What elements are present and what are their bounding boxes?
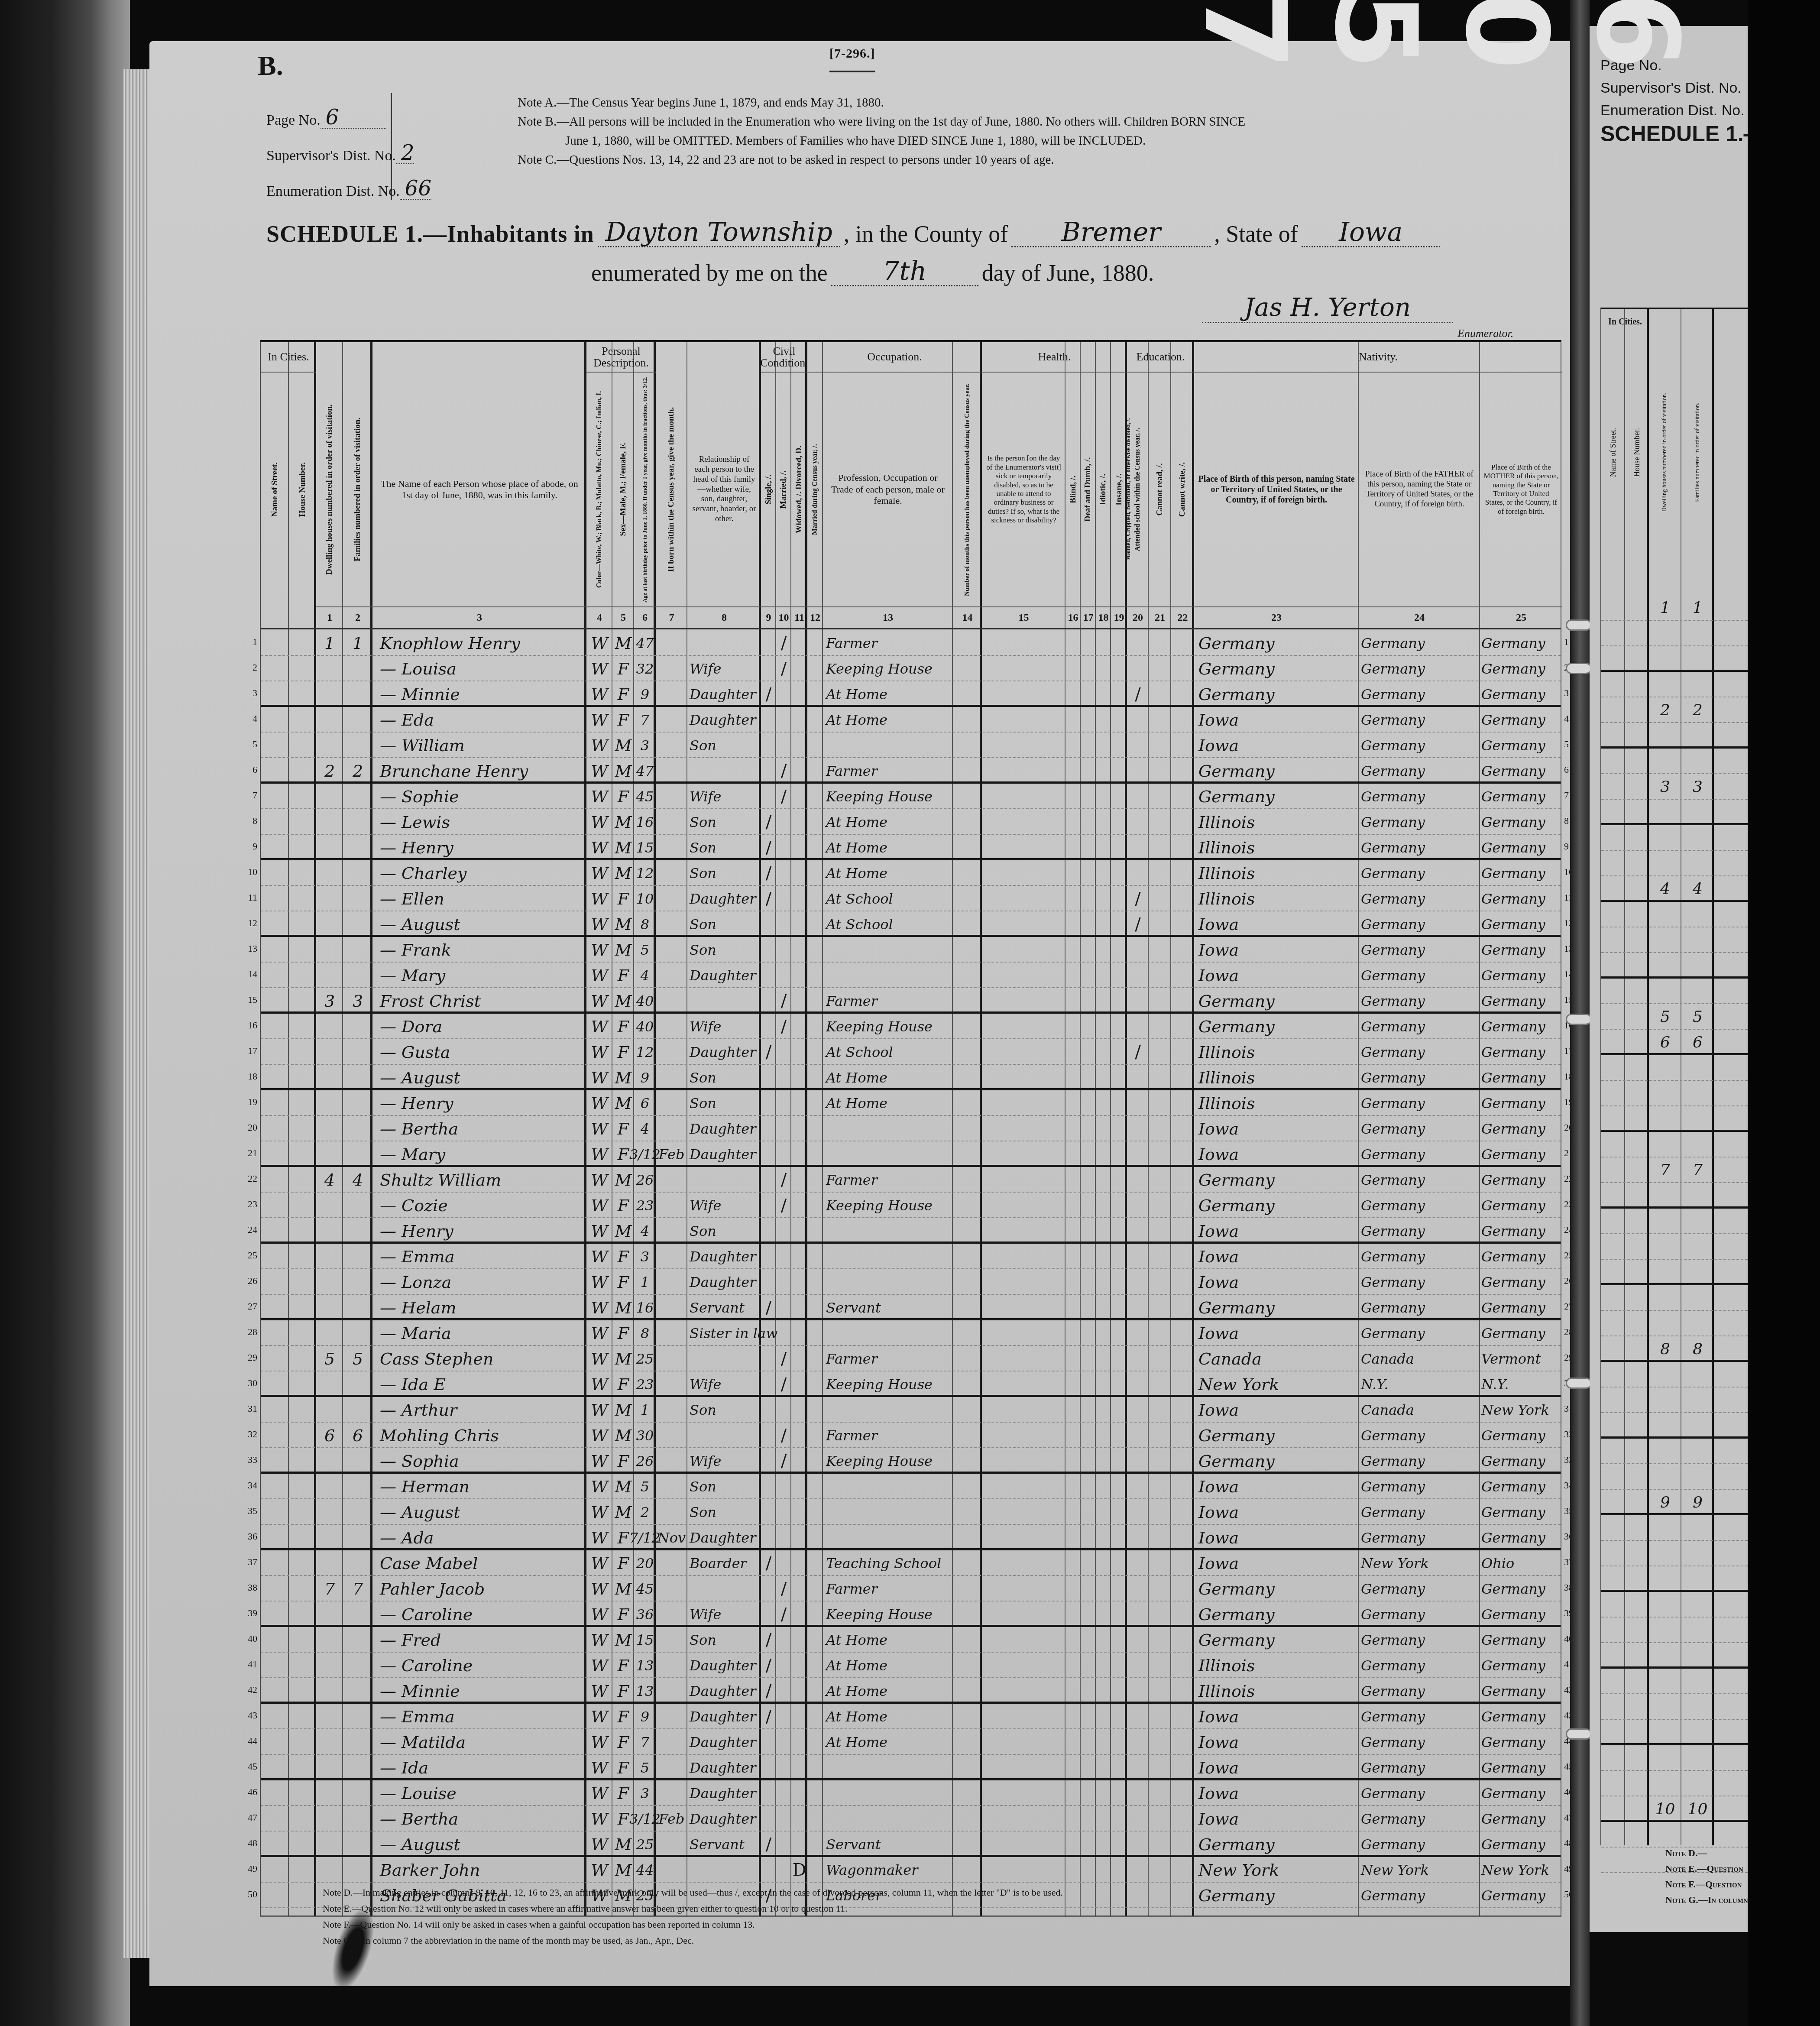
adjacent-row bbox=[1601, 1464, 1748, 1490]
married-mark: / bbox=[776, 656, 791, 681]
sex-value: M bbox=[612, 1474, 634, 1499]
dwelling-number bbox=[316, 1269, 343, 1295]
mother-birthplace-value: New York bbox=[1481, 1397, 1562, 1423]
census-page: B. [7-296.] Page No. 6 Supervisor's Dist… bbox=[149, 41, 1570, 1986]
mother-birthplace-value: Germany bbox=[1481, 758, 1562, 784]
birthplace-value: Iowa bbox=[1198, 1218, 1359, 1244]
father-birthplace-value: Germany bbox=[1361, 1499, 1480, 1525]
birthplace-value: Iowa bbox=[1198, 1755, 1359, 1780]
mother-birthplace-value: Germany bbox=[1481, 1090, 1562, 1116]
relationship-value: Son bbox=[690, 1090, 761, 1116]
adjacent-row bbox=[1601, 1771, 1748, 1796]
group-nativity: Nativity. bbox=[1194, 342, 1562, 373]
age-value: 3/12 bbox=[634, 1806, 656, 1832]
widowed-divorced-mark bbox=[791, 1244, 807, 1269]
father-birthplace-value: Germany bbox=[1361, 1193, 1480, 1218]
birth-month-value bbox=[656, 1167, 687, 1193]
family-number bbox=[343, 1090, 372, 1116]
birthplace-value: Germany bbox=[1198, 1448, 1359, 1474]
form-number: [7-296.] bbox=[829, 46, 875, 61]
person-name: — Lonza bbox=[380, 1269, 586, 1295]
table-row: 4141— CarolineWF13Daughter/At HomeIllino… bbox=[261, 1653, 1561, 1678]
birthplace-value: Germany bbox=[1198, 1014, 1359, 1039]
mother-birthplace-value: Germany bbox=[1481, 1780, 1562, 1806]
color-value: W bbox=[586, 1193, 612, 1218]
line-number: 45 bbox=[243, 1761, 257, 1772]
birthplace-value: Iowa bbox=[1198, 1269, 1359, 1295]
married-mark: / bbox=[776, 1014, 791, 1039]
married-mark bbox=[776, 681, 791, 707]
relationship-value: Boarder bbox=[690, 1550, 761, 1576]
sex-value: F bbox=[612, 1448, 634, 1474]
occupation-value bbox=[826, 1244, 953, 1269]
mother-birthplace-value: Germany bbox=[1481, 1218, 1562, 1244]
married-mark bbox=[776, 1780, 791, 1806]
age-value: 30 bbox=[634, 1423, 656, 1448]
relationship-value: Son bbox=[690, 1397, 761, 1423]
state-label: , State of bbox=[1214, 220, 1298, 247]
father-birthplace-value: Germany bbox=[1361, 1141, 1480, 1167]
table-row: 2424— HenryWM4SonIowaGermanyGermany bbox=[261, 1218, 1561, 1244]
father-birthplace-value: Germany bbox=[1361, 809, 1480, 835]
adjacent-row bbox=[1601, 749, 1748, 774]
color-value: W bbox=[586, 911, 612, 937]
column-number: 18 bbox=[1096, 606, 1111, 628]
color-value: W bbox=[586, 1601, 612, 1627]
binder-ring-icon bbox=[1566, 663, 1592, 674]
header-unemployed: Number of months this person has been un… bbox=[953, 381, 982, 598]
mother-birthplace-value: Germany bbox=[1481, 1193, 1562, 1218]
birth-month-value bbox=[656, 1295, 687, 1320]
occupation-value: Teaching School bbox=[826, 1550, 953, 1576]
table-row: 4444— MatildaWF7DaughterAt HomeIowaGerma… bbox=[261, 1729, 1561, 1755]
single-mark bbox=[761, 963, 776, 988]
occupation-value bbox=[826, 1780, 953, 1806]
person-name: Shultz William bbox=[380, 1167, 586, 1193]
widowed-divorced-mark bbox=[791, 911, 807, 937]
adjacent-dwelling-number: 6 bbox=[1649, 1030, 1681, 1055]
person-name: — Bertha bbox=[380, 1806, 586, 1832]
adjacent-row bbox=[1601, 672, 1748, 697]
line-number: 9 bbox=[243, 841, 257, 852]
column-number: 2 bbox=[343, 606, 372, 628]
header-name: The Name of each Person whose place of a… bbox=[372, 377, 586, 602]
family-number bbox=[343, 1474, 372, 1499]
birthplace-value: Iowa bbox=[1198, 707, 1359, 733]
relationship-value: Daughter bbox=[690, 1755, 761, 1780]
mother-birthplace-value: Germany bbox=[1481, 988, 1562, 1014]
attended-school-mark bbox=[1127, 1806, 1149, 1832]
sex-value: M bbox=[612, 1065, 634, 1090]
birth-month-value bbox=[656, 1346, 687, 1371]
widowed-divorced-mark bbox=[791, 1397, 807, 1423]
widowed-divorced-mark bbox=[791, 1755, 807, 1780]
line-number: 17 bbox=[243, 1045, 257, 1057]
sex-value: M bbox=[612, 733, 634, 758]
relationship-value: Son bbox=[690, 1474, 761, 1499]
father-birthplace-value: Germany bbox=[1361, 1601, 1480, 1627]
line-number: 27 bbox=[243, 1301, 257, 1312]
married-mark bbox=[776, 1704, 791, 1729]
adjacent-row bbox=[1601, 1362, 1748, 1387]
adjacent-family-number: 10 bbox=[1681, 1796, 1714, 1822]
color-value: W bbox=[586, 758, 612, 784]
married-mark bbox=[776, 1499, 791, 1525]
person-name: — August bbox=[380, 1065, 586, 1090]
birth-month-value bbox=[656, 1780, 687, 1806]
relationship-value: Wife bbox=[690, 784, 761, 809]
family-number bbox=[343, 1678, 372, 1704]
dwelling-number bbox=[316, 707, 343, 733]
birthplace-value: Iowa bbox=[1198, 733, 1359, 758]
adjacent-row bbox=[1601, 1260, 1748, 1285]
dwelling-number: 6 bbox=[316, 1423, 343, 1448]
father-birthplace-value: Germany bbox=[1361, 1244, 1480, 1269]
age-value: 15 bbox=[634, 1627, 656, 1653]
line-number: 24 bbox=[243, 1224, 257, 1235]
page-number-row: Page No. 6 bbox=[266, 93, 386, 129]
single-mark bbox=[761, 1576, 776, 1601]
relationship-value: Son bbox=[690, 1218, 761, 1244]
color-value: W bbox=[586, 1525, 612, 1550]
group-education: Education. bbox=[1127, 342, 1194, 373]
relationship-value: Son bbox=[690, 911, 761, 937]
line-number: 31 bbox=[243, 1403, 257, 1414]
person-name: Mohling Chris bbox=[380, 1423, 586, 1448]
birth-month-value bbox=[656, 1755, 687, 1780]
single-mark bbox=[761, 1525, 776, 1550]
enumerator-label: Enumerator. bbox=[1457, 327, 1513, 340]
family-number bbox=[343, 1627, 372, 1653]
attended-school-mark bbox=[1127, 1780, 1149, 1806]
relationship-value: Daughter bbox=[690, 886, 761, 911]
occupation-value: At Home bbox=[826, 1729, 953, 1755]
age-value: 5 bbox=[634, 1474, 656, 1499]
attended-school-mark bbox=[1127, 1397, 1149, 1423]
person-name: — Cozie bbox=[380, 1193, 586, 1218]
table-row: 3535— AugustWM2SonIowaGermanyGermany bbox=[261, 1499, 1561, 1525]
attended-school-mark bbox=[1127, 1193, 1149, 1218]
sex-value: M bbox=[612, 809, 634, 835]
occupation-value: At Home bbox=[826, 1678, 953, 1704]
family-number bbox=[343, 1295, 372, 1320]
father-birthplace-value: Germany bbox=[1361, 1678, 1480, 1704]
birthplace-value: Iowa bbox=[1198, 1499, 1359, 1525]
father-birthplace-value: Germany bbox=[1361, 1729, 1480, 1755]
birth-month-value bbox=[656, 1269, 687, 1295]
sex-value: F bbox=[612, 1320, 634, 1346]
father-birthplace-value: N.Y. bbox=[1361, 1371, 1480, 1397]
color-value: W bbox=[586, 1065, 612, 1090]
dwelling-number bbox=[316, 1116, 343, 1141]
attended-school-mark bbox=[1127, 809, 1149, 835]
adjacent-family-number: 4 bbox=[1681, 876, 1714, 902]
widowed-divorced-mark bbox=[791, 1371, 807, 1397]
color-value: W bbox=[586, 963, 612, 988]
person-name: — Ida bbox=[380, 1755, 586, 1780]
married-mark bbox=[776, 1397, 791, 1423]
enumerated-label: enumerated by me on the bbox=[591, 259, 828, 286]
occupation-value: At Home bbox=[826, 1627, 953, 1653]
occupation-value bbox=[826, 937, 953, 963]
married-mark: / bbox=[776, 758, 791, 784]
supervisor-district-label: Supervisor's Dist. No. bbox=[266, 148, 396, 164]
adjacent-row: 33 bbox=[1601, 774, 1748, 800]
adjacent-row bbox=[1601, 1515, 1748, 1541]
color-value: W bbox=[586, 1014, 612, 1039]
relationship-value: Son bbox=[690, 1065, 761, 1090]
age-value: 10 bbox=[634, 886, 656, 911]
father-birthplace-value: Germany bbox=[1361, 1065, 1480, 1090]
single-mark bbox=[761, 1141, 776, 1167]
age-value: 7 bbox=[634, 1729, 656, 1755]
adjacent-row bbox=[1601, 800, 1748, 825]
occupation-value: At School bbox=[826, 1039, 953, 1065]
mother-birthplace-value: Germany bbox=[1481, 1525, 1562, 1550]
attended-school-mark bbox=[1127, 1346, 1149, 1371]
attended-school-mark bbox=[1127, 1295, 1149, 1320]
mother-birthplace-value: Germany bbox=[1481, 860, 1562, 886]
color-value: W bbox=[586, 860, 612, 886]
birthplace-value: Germany bbox=[1198, 988, 1359, 1014]
birth-month-value bbox=[656, 1397, 687, 1423]
table-row: 4545— IdaWF5DaughterIowaGermanyGermany bbox=[261, 1755, 1561, 1780]
color-value: W bbox=[586, 1729, 612, 1755]
family-number bbox=[343, 1729, 372, 1755]
color-value: W bbox=[586, 1218, 612, 1244]
sex-value: M bbox=[612, 1857, 634, 1883]
attended-school-mark bbox=[1127, 1550, 1149, 1576]
birth-month-value bbox=[656, 630, 687, 656]
person-name: — Lewis bbox=[380, 809, 586, 835]
birth-month-value bbox=[656, 784, 687, 809]
dwelling-number bbox=[316, 1218, 343, 1244]
father-birthplace-value: Germany bbox=[1361, 860, 1480, 886]
adjacent-row bbox=[1601, 1387, 1748, 1413]
sex-value: F bbox=[612, 1193, 634, 1218]
table-row: 383877Pahler JacobWM45/FarmerGermanyGerm… bbox=[261, 1576, 1561, 1601]
age-value: 3 bbox=[634, 1244, 656, 1269]
widowed-divorced-mark bbox=[791, 1218, 807, 1244]
married-mark: / bbox=[776, 1193, 791, 1218]
single-mark bbox=[761, 1423, 776, 1448]
person-name: Pahler Jacob bbox=[380, 1576, 586, 1601]
mother-birthplace-value: Germany bbox=[1481, 1499, 1562, 1525]
mother-birthplace-value: Germany bbox=[1481, 733, 1562, 758]
father-birthplace-value: Germany bbox=[1361, 1218, 1480, 1244]
widowed-divorced-mark bbox=[791, 1653, 807, 1678]
mother-birthplace-value: Germany bbox=[1481, 1116, 1562, 1141]
attended-school-mark bbox=[1127, 937, 1149, 963]
single-mark: / bbox=[761, 886, 776, 911]
birth-month-value bbox=[656, 886, 687, 911]
sex-value: F bbox=[612, 1039, 634, 1065]
person-name: — Ida E bbox=[380, 1371, 586, 1397]
dwelling-number bbox=[316, 1627, 343, 1653]
column-number: 24 bbox=[1359, 606, 1480, 628]
dwelling-number bbox=[316, 1525, 343, 1550]
sex-value: F bbox=[612, 681, 634, 707]
dwelling-number bbox=[316, 1244, 343, 1269]
person-name: — August bbox=[380, 1832, 586, 1857]
single-mark bbox=[761, 758, 776, 784]
attended-school-mark bbox=[1127, 784, 1149, 809]
birthplace-value: Germany bbox=[1198, 1167, 1359, 1193]
dwelling-number bbox=[316, 656, 343, 681]
single-mark bbox=[761, 1397, 776, 1423]
color-value: W bbox=[586, 656, 612, 681]
color-value: W bbox=[586, 707, 612, 733]
birthplace-value: Iowa bbox=[1198, 1244, 1359, 1269]
birthplace-value: Iowa bbox=[1198, 1320, 1359, 1346]
father-birthplace-value: Germany bbox=[1361, 886, 1480, 911]
mother-birthplace-value: Ohio bbox=[1481, 1550, 1562, 1576]
color-value: W bbox=[586, 733, 612, 758]
color-value: W bbox=[586, 1653, 612, 1678]
age-value: 23 bbox=[634, 1193, 656, 1218]
birth-month-value bbox=[656, 1423, 687, 1448]
dwelling-number: 3 bbox=[316, 988, 343, 1014]
person-name: — William bbox=[380, 733, 586, 758]
family-number: 6 bbox=[343, 1423, 372, 1448]
line-number: 13 bbox=[243, 943, 257, 954]
age-value: 4 bbox=[634, 963, 656, 988]
line-number: 32 bbox=[243, 1429, 257, 1440]
age-value: 47 bbox=[634, 630, 656, 656]
dwelling-number bbox=[316, 937, 343, 963]
color-value: W bbox=[586, 1780, 612, 1806]
column-number: 7 bbox=[656, 606, 687, 628]
relationship-value: Son bbox=[690, 733, 761, 758]
census-table: In Cities. Personal Description. Civil C… bbox=[260, 340, 1561, 1917]
dwelling-number bbox=[316, 1653, 343, 1678]
person-name: — Emma bbox=[380, 1704, 586, 1729]
family-number bbox=[343, 1550, 372, 1576]
single-mark bbox=[761, 937, 776, 963]
person-name: — Frank bbox=[380, 937, 586, 963]
table-row: 3636— AdaWF7/12NovDaughterIowaGermanyGer… bbox=[261, 1525, 1561, 1550]
attended-school-mark bbox=[1127, 963, 1149, 988]
column-number: 25 bbox=[1480, 606, 1562, 628]
widowed-divorced-mark bbox=[791, 809, 807, 835]
married-mark bbox=[776, 1678, 791, 1704]
single-mark bbox=[761, 1346, 776, 1371]
birth-month-value bbox=[656, 835, 687, 860]
relationship-value: Son bbox=[690, 1499, 761, 1525]
color-value: W bbox=[586, 1397, 612, 1423]
occupation-value: At Home bbox=[826, 707, 953, 733]
mother-birthplace-value: Germany bbox=[1481, 911, 1562, 937]
sex-value: M bbox=[612, 937, 634, 963]
adjacent-row bbox=[1601, 1209, 1748, 1234]
header-sickness: Is the person [on the day of the Enumera… bbox=[982, 377, 1065, 602]
married-mark bbox=[776, 707, 791, 733]
widowed-divorced-mark bbox=[791, 963, 807, 988]
married-mark bbox=[776, 1116, 791, 1141]
note-e: Note E.—Question No. 12 will only be ask… bbox=[323, 1900, 1063, 1916]
column-number: 23 bbox=[1194, 606, 1359, 628]
adjacent-family-number: 2 bbox=[1681, 697, 1714, 723]
color-value: W bbox=[586, 809, 612, 835]
father-birthplace-value: Germany bbox=[1361, 1167, 1480, 1193]
table-row: 1717— GustaWF12Daughter/At School/Illino… bbox=[261, 1039, 1561, 1065]
mother-birthplace-value: Germany bbox=[1481, 707, 1562, 733]
birthplace-value: Iowa bbox=[1198, 1806, 1359, 1832]
widowed-divorced-mark bbox=[791, 1065, 807, 1090]
color-value: W bbox=[586, 835, 612, 860]
dwelling-number bbox=[316, 963, 343, 988]
dwelling-number bbox=[316, 1474, 343, 1499]
line-number: 25 bbox=[243, 1250, 257, 1261]
single-mark bbox=[761, 1065, 776, 1090]
widowed-divorced-mark bbox=[791, 784, 807, 809]
birth-month-value bbox=[656, 1039, 687, 1065]
single-mark bbox=[761, 1780, 776, 1806]
age-value: 16 bbox=[634, 809, 656, 835]
adjacent-page: Page No. Supervisor's Dist. No. Enumerat… bbox=[1590, 26, 1748, 1932]
family-number: 5 bbox=[343, 1346, 372, 1371]
dwelling-number bbox=[316, 733, 343, 758]
single-mark bbox=[761, 1014, 776, 1039]
occupation-value: Farmer bbox=[826, 1346, 953, 1371]
widowed-divorced-mark bbox=[791, 1346, 807, 1371]
person-name: — Matilda bbox=[380, 1729, 586, 1755]
table-row: 2121— MaryWF3/12FebDaughterIowaGermanyGe… bbox=[261, 1141, 1561, 1167]
dwelling-number: 5 bbox=[316, 1346, 343, 1371]
single-mark: / bbox=[761, 1678, 776, 1704]
person-name: — Herman bbox=[380, 1474, 586, 1499]
attended-school-mark bbox=[1127, 630, 1149, 656]
age-value: 40 bbox=[634, 988, 656, 1014]
single-mark bbox=[761, 1729, 776, 1755]
adjacent-dwelling-number: 9 bbox=[1649, 1490, 1681, 1515]
widowed-divorced-mark bbox=[791, 1729, 807, 1755]
line-number: 40 bbox=[243, 1633, 257, 1644]
birthplace-value: Iowa bbox=[1198, 1474, 1359, 1499]
adjacent-row bbox=[1601, 1822, 1748, 1848]
column-number: 11 bbox=[791, 606, 807, 628]
person-name: Case Mabel bbox=[380, 1550, 586, 1576]
widowed-divorced-mark bbox=[791, 1269, 807, 1295]
person-name: — Bertha bbox=[380, 1116, 586, 1141]
widowed-divorced-mark bbox=[791, 681, 807, 707]
birth-month-value bbox=[656, 1371, 687, 1397]
family-number bbox=[343, 784, 372, 809]
adjacent-row bbox=[1601, 1106, 1748, 1132]
color-value: W bbox=[586, 1295, 612, 1320]
married-mark: / bbox=[776, 1601, 791, 1627]
color-value: W bbox=[586, 886, 612, 911]
person-name: — Henry bbox=[380, 835, 586, 860]
sex-value: M bbox=[612, 988, 634, 1014]
attended-school-mark bbox=[1127, 988, 1149, 1014]
age-value: 26 bbox=[634, 1167, 656, 1193]
age-value: 1 bbox=[634, 1397, 656, 1423]
dwelling-number bbox=[316, 1678, 343, 1704]
instruction-notes: Note A.—The Census Year begins June 1, 1… bbox=[518, 93, 1579, 169]
occupation-value: At School bbox=[826, 911, 953, 937]
birthplace-value: New York bbox=[1198, 1371, 1359, 1397]
relationship-value bbox=[690, 758, 761, 784]
occupation-value: Keeping House bbox=[826, 1371, 953, 1397]
adjacent-row: 88 bbox=[1601, 1336, 1748, 1362]
single-mark bbox=[761, 1167, 776, 1193]
married-mark bbox=[776, 1755, 791, 1780]
birth-month-value bbox=[656, 988, 687, 1014]
widowed-divorced-mark bbox=[791, 1678, 807, 1704]
adjacent-header-street: Name of Street. bbox=[1601, 344, 1625, 561]
table-row: 4747— BerthaWF3/12FebDaughterIowaGermany… bbox=[261, 1806, 1561, 1832]
